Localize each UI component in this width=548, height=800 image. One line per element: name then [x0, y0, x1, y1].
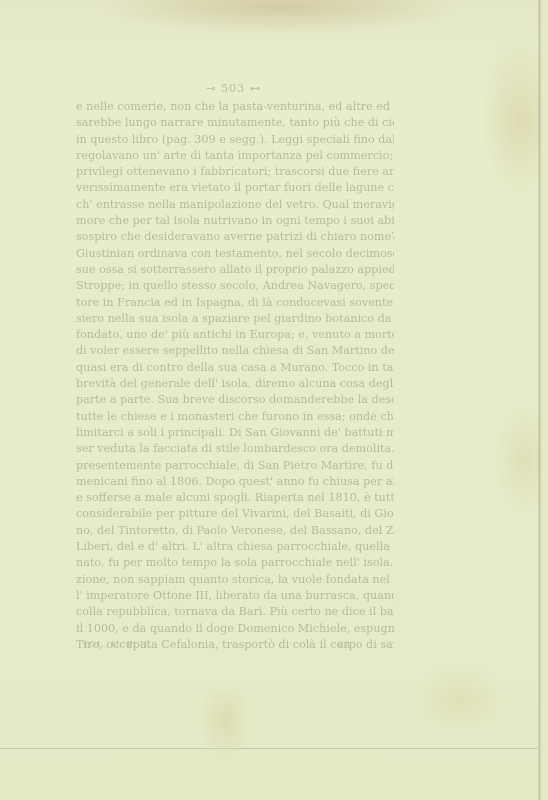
- text-line: Stroppe; in quello stesso secolo, Andrea…: [76, 278, 394, 294]
- running-header: ⊸ 503 ⊷: [76, 82, 392, 95]
- text-line: in questo libro (pag. 309 e segg.). Legg…: [76, 132, 394, 148]
- page-margin-strip: [541, 0, 548, 800]
- page-footer: VOL. II. P. II. 64: [82, 640, 352, 650]
- text-line: presentemente parrocchiale, di San Pietr…: [76, 458, 394, 474]
- text-line: quasi era di contro della sua casa a Mur…: [76, 360, 394, 376]
- text-line: il 1000, e da quando il doge Domenico Mi…: [76, 621, 394, 637]
- fold-line: [0, 748, 538, 749]
- text-line: l' imperatore Ottone III, liberato da un…: [76, 588, 394, 604]
- text-line: ser veduta la facciata di stile lombarde…: [76, 441, 394, 457]
- text-line: more che per tal isola nutrivano in ogni…: [76, 213, 394, 229]
- text-line: sospiro che desideravano averne patrizi …: [76, 229, 394, 245]
- text-line: sarebbe lungo narrare minutamente, tanto…: [76, 115, 394, 131]
- text-line: no, del Tintoretto, di Paolo Veronese, d…: [76, 523, 394, 539]
- text-line: ch' entrasse nella manipolazione del vet…: [76, 197, 394, 213]
- page-number: ⊸ 503 ⊷: [206, 82, 261, 95]
- printer-signature: 64: [338, 641, 351, 651]
- text-line: considerabile per pitture del Vivarini, …: [76, 506, 394, 522]
- text-line: di voler essere seppellito nella chiesa …: [76, 343, 394, 359]
- text-line: Liberi, del e d' altri. L' altra chiesa …: [76, 539, 394, 555]
- text-line: brevità del generale dell' isola, diremo…: [76, 376, 394, 392]
- text-line: privilegi ottenevano i fabbricatori; tra…: [76, 164, 394, 180]
- text-line: nato, fu per molto tempo la sola parrocc…: [76, 555, 394, 571]
- text-line: parte a parte. Sua breve discorso domand…: [76, 392, 394, 408]
- text-line: e nelle comerie, non che la pasta-ventur…: [76, 99, 394, 115]
- text-line: e sofferse a male alcuni spogli. Riapert…: [76, 490, 394, 506]
- text-line: tore in Francia ed in Ispagna, di là con…: [76, 295, 394, 311]
- text-line: verissimamente era vietato il portar fuo…: [76, 180, 394, 196]
- text-line: fondato, uno de' più antichi in Europa; …: [76, 327, 394, 343]
- text-line: regolavano un' arte di tanta importanza …: [76, 148, 394, 164]
- text-line: sue ossa si sotterrassero allato il prop…: [76, 262, 394, 278]
- volume-mark: VOL. II. P. II.: [82, 640, 152, 650]
- text-line: siero nella sua isola a spaziare pel gia…: [76, 311, 394, 327]
- text-line: colla repubblica, tornava da Bari. Più c…: [76, 604, 394, 620]
- scanned-book-page: ⊸ 503 ⊷ e nelle comerie, non che la past…: [0, 0, 548, 800]
- text-line: zione, non sappiam quanto storica, la vu…: [76, 572, 394, 588]
- text-line: Giustinian ordinava con testamento, nel …: [76, 246, 394, 262]
- text-line: limitarci a soli i principali. Di San Gi…: [76, 425, 394, 441]
- text-line: tutte le chiese e i monasteri che furono…: [76, 409, 394, 425]
- body-text: e nelle comerie, non che la pasta-ventur…: [76, 99, 394, 653]
- text-line: menicani fino al 1806. Dopo quest' anno …: [76, 474, 394, 490]
